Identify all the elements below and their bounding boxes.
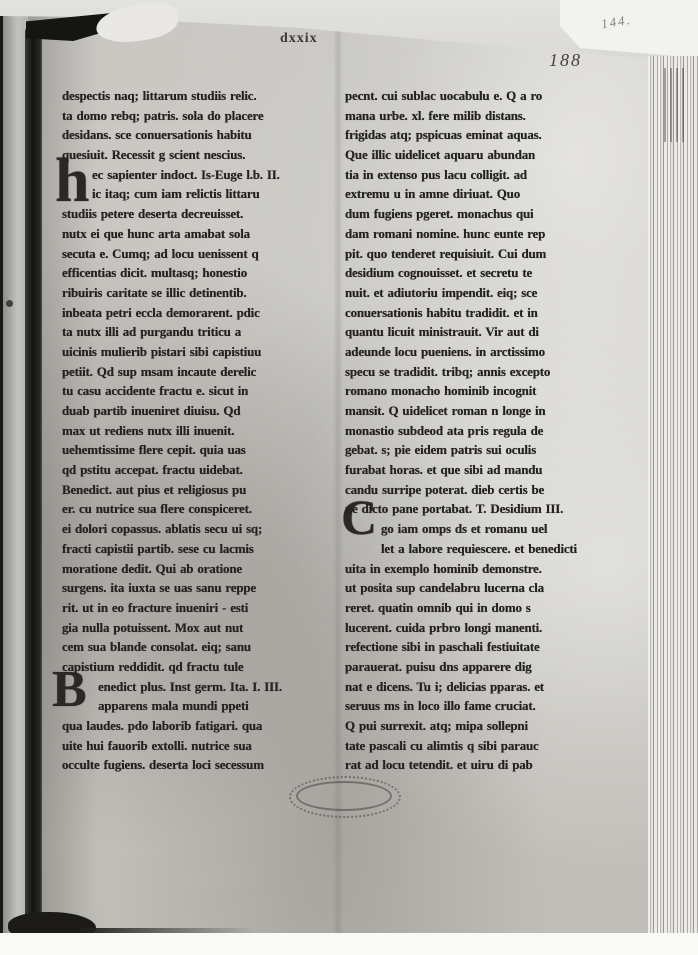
text-line: inbeata petri eccla demorarent. pdic xyxy=(62,303,335,323)
text-line: nuit. et adiutoriu impendit. eiq; sce xyxy=(345,283,633,303)
text-line: studiis petere deserta decreuisset. xyxy=(62,204,335,224)
text-line: romano monacho hominib incognit xyxy=(345,381,633,401)
parchment-hole xyxy=(296,781,392,811)
running-header-roman-numeral: dxxix xyxy=(280,31,318,47)
text-line: dum fugiens pgeret. monachus qui xyxy=(345,204,633,224)
text-line: desidium cognouisset. et secretu te xyxy=(345,263,633,283)
text-line: specu se tradidit. tribq; annis excepto xyxy=(345,362,633,382)
text-line: quantu licuit ministrauit. Vir aut di xyxy=(345,322,633,342)
text-line: reret. quatin omnib qui in domo s xyxy=(345,598,633,618)
text-line: enedict plus. Inst germ. Ita. I. III. xyxy=(62,677,335,697)
text-line: apparens mala mundi ppeti xyxy=(62,696,335,716)
text-line: let a labore requiescere. et benedicti xyxy=(345,539,633,559)
text-line: secuta e. Cumq; ad locu uenissent q xyxy=(62,244,335,264)
left-text-column: despectis naq; littarum studiis relic.ta… xyxy=(62,86,335,775)
text-line: monastio subdeod ata pris regula de xyxy=(345,421,633,441)
text-line: seruus ms in loco illo fame cruciat. xyxy=(345,696,633,716)
text-line: efficentias dicit. multasq; honestio xyxy=(62,263,335,283)
text-line: ta nutx illi ad purgandu triticu a xyxy=(62,322,335,342)
text-line: rit. ut in eo fracture inueniri - esti xyxy=(62,598,335,618)
ink-stain xyxy=(6,300,13,307)
text-line: ei dolori copassus. ablatis secu ui sq; xyxy=(62,519,335,539)
text-line: pit. quo tenderet requisiuit. Cui dum xyxy=(345,244,633,264)
text-line: uita in exemplo hominib demonstre. xyxy=(345,559,633,579)
text-line: rat ad locu tetendit. et uiru di pab xyxy=(345,755,633,775)
book-fore-edge xyxy=(648,56,698,936)
text-line: petiit. Qd sup msam incaute derelic xyxy=(62,362,335,382)
text-line: ne dicto pane portabat. T. Desidium III. xyxy=(345,499,633,519)
text-line: fracti capistii partib. sese cu lacmis xyxy=(62,539,335,559)
text-line: max ut rediens nutx illi inuenit. xyxy=(62,421,335,441)
text-line: mana urbe. xl. fere milib distans. xyxy=(345,106,633,126)
text-line: conuersationis habitu tradidit. et in xyxy=(345,303,633,323)
text-line: tia in extenso pus lacu colligit. ad xyxy=(345,165,633,185)
text-line: er. cu nutrice sua flere conspiceret. xyxy=(62,499,335,519)
text-line: dam romani nomine. hunc eunte rep xyxy=(345,224,633,244)
text-line: quesiuit. Recessit g scient nescius. xyxy=(62,145,335,165)
text-line: duab partib inueniret diuisu. Qd xyxy=(62,401,335,421)
text-line: ut posita sup candelabru lucerna cla xyxy=(345,578,633,598)
text-line: occulte fugiens. deserta loci secessum xyxy=(62,755,335,775)
edge-crease-marks xyxy=(664,68,686,142)
text-line: uite hui fauorib extolli. nutrice sua xyxy=(62,736,335,756)
text-line: mansit. Q uidelicet roman n longe in xyxy=(345,401,633,421)
photo-bottom-margin xyxy=(0,933,698,955)
text-line: qd pstitu accepat. fractu uidebat. xyxy=(62,460,335,480)
text-line: go iam omps ds et romanu uel xyxy=(345,519,633,539)
text-line: gia nulla potuissent. Mox aut nut xyxy=(62,618,335,638)
text-line: despectis naq; littarum studiis relic. xyxy=(62,86,335,106)
text-line: adeunde locu pueniens. in arctissimo xyxy=(345,342,633,362)
text-line: capistium reddidit. qd fractu tule xyxy=(62,657,335,677)
text-line: gebat. s; pie eidem patris sui oculis xyxy=(345,440,633,460)
book-gutter-spine xyxy=(25,26,42,922)
photo-bottom-margin-left xyxy=(0,948,95,955)
text-line: extremu u in amne diriuat. Quo xyxy=(345,184,633,204)
text-line: qua laudes. pdo laborib fatigari. qua xyxy=(62,716,335,736)
text-line: lucerent. cuida prbro longi manenti. xyxy=(345,618,633,638)
text-line: moratione dedit. Qui ab oratione xyxy=(62,559,335,579)
text-line: nat e dicens. Tu i; delicias pparas. et xyxy=(345,677,633,697)
text-line: nutx ei que hunc arta amabat sola xyxy=(62,224,335,244)
text-line: uicinis mulierib pistari sibi capistiuu xyxy=(62,342,335,362)
text-line: ec sapienter indoct. Is-Euge l.b. II. xyxy=(62,165,335,185)
text-line: tu casu accidente fractu e. sicut in xyxy=(62,381,335,401)
text-line: candu surripe poterat. dieb certis be xyxy=(345,480,633,500)
text-line: parauerat. puisu dns apparere dig xyxy=(345,657,633,677)
text-line: surgens. ita iuxta se uas sanu reppe xyxy=(62,578,335,598)
text-line: ribuiris caritate se illic detinentib. xyxy=(62,283,335,303)
text-line: Que illic uidelicet aquaru abundan xyxy=(345,145,633,165)
text-line: refectione sibi in paschali festiuitate xyxy=(345,637,633,657)
text-line: uehemtissime flere cepit. quia uas xyxy=(62,440,335,460)
text-line: cem sua blande consolat. eiq; sanu xyxy=(62,637,335,657)
text-line: Benedict. aut pius et religiosus pu xyxy=(62,480,335,500)
folio-number-ink: 188 xyxy=(549,50,582,71)
text-line: desidans. sce conuersationis habitu xyxy=(62,125,335,145)
text-line: frigidas atq; pspicuas eminat aquas. xyxy=(345,125,633,145)
text-line: furabat horas. et que sibi ad mandu xyxy=(345,460,633,480)
text-line: pecnt. cui sublac uocabulu e. Q a ro xyxy=(345,86,633,106)
text-line: ta domo rebq; patris. sola do placere xyxy=(62,106,335,126)
right-text-column: pecnt. cui sublac uocabulu e. Q a romana… xyxy=(345,86,633,775)
text-line: ic itaq; cum iam relictis littaru xyxy=(62,184,335,204)
text-line: Q pui surrexit. atq; mipa sollepni xyxy=(345,716,633,736)
text-line: tate pascali cu alimtis q sibi parauc xyxy=(345,736,633,756)
manuscript-photo: dxxix 144. 188 h B C despectis naq; litt… xyxy=(0,0,698,955)
